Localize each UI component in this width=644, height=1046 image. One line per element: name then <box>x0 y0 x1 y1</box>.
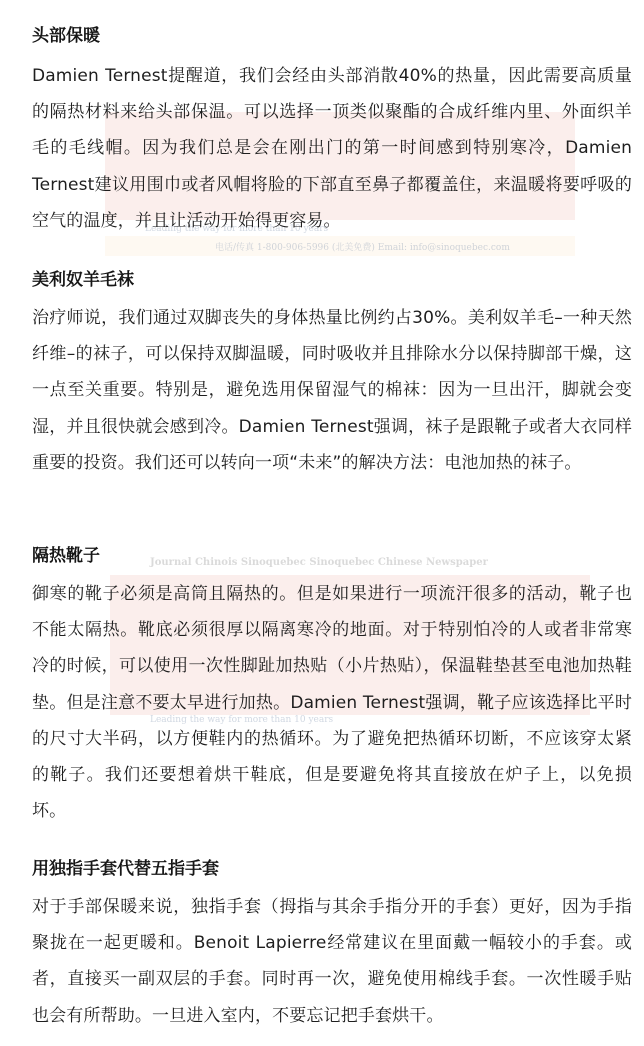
section-mittens: 用独指手套代替五指手套 对于手部保暖来说，独指手套（拇指与其余手指分开的手套）更… <box>32 857 632 1034</box>
section-heading: 隔热靴子 <box>32 544 632 568</box>
section-body: Damien Ternest提醒道，我们会经由头部消散40%的热量，因此需要高质… <box>32 58 632 239</box>
section-body: 对于手部保暖来说，独指手套（拇指与其余手指分开的手套）更好，因为手指聚拢在一起更… <box>32 889 632 1034</box>
section-body: 治疗师说，我们通过双脚丧失的身体热量比例约占30%。美利奴羊毛–一种天然纤维–的… <box>32 300 632 481</box>
section-heading: 头部保暖 <box>32 24 632 48</box>
section-body: 御寒的靴子必须是高筒且隔热的。但是如果进行一项流汗很多的活动，靴子也不能太隔热。… <box>32 576 632 829</box>
watermark-contact: 电话/传真 1-800-906-5996 (北美免费) Email: info@… <box>215 240 510 253</box>
section-heading: 用独指手套代替五指手套 <box>32 857 632 881</box>
section-head-warmth: 头部保暖 Damien Ternest提醒道，我们会经由头部消散40%的热量，因… <box>32 24 632 239</box>
section-heading: 美利奴羊毛袜 <box>32 268 632 292</box>
section-merino-socks: 美利奴羊毛袜 治疗师说，我们通过双脚丧失的身体热量比例约占30%。美利奴羊毛–一… <box>32 268 632 481</box>
section-insulated-boots: 隔热靴子 御寒的靴子必须是高筒且隔热的。但是如果进行一项流汗很多的活动，靴子也不… <box>32 544 632 829</box>
